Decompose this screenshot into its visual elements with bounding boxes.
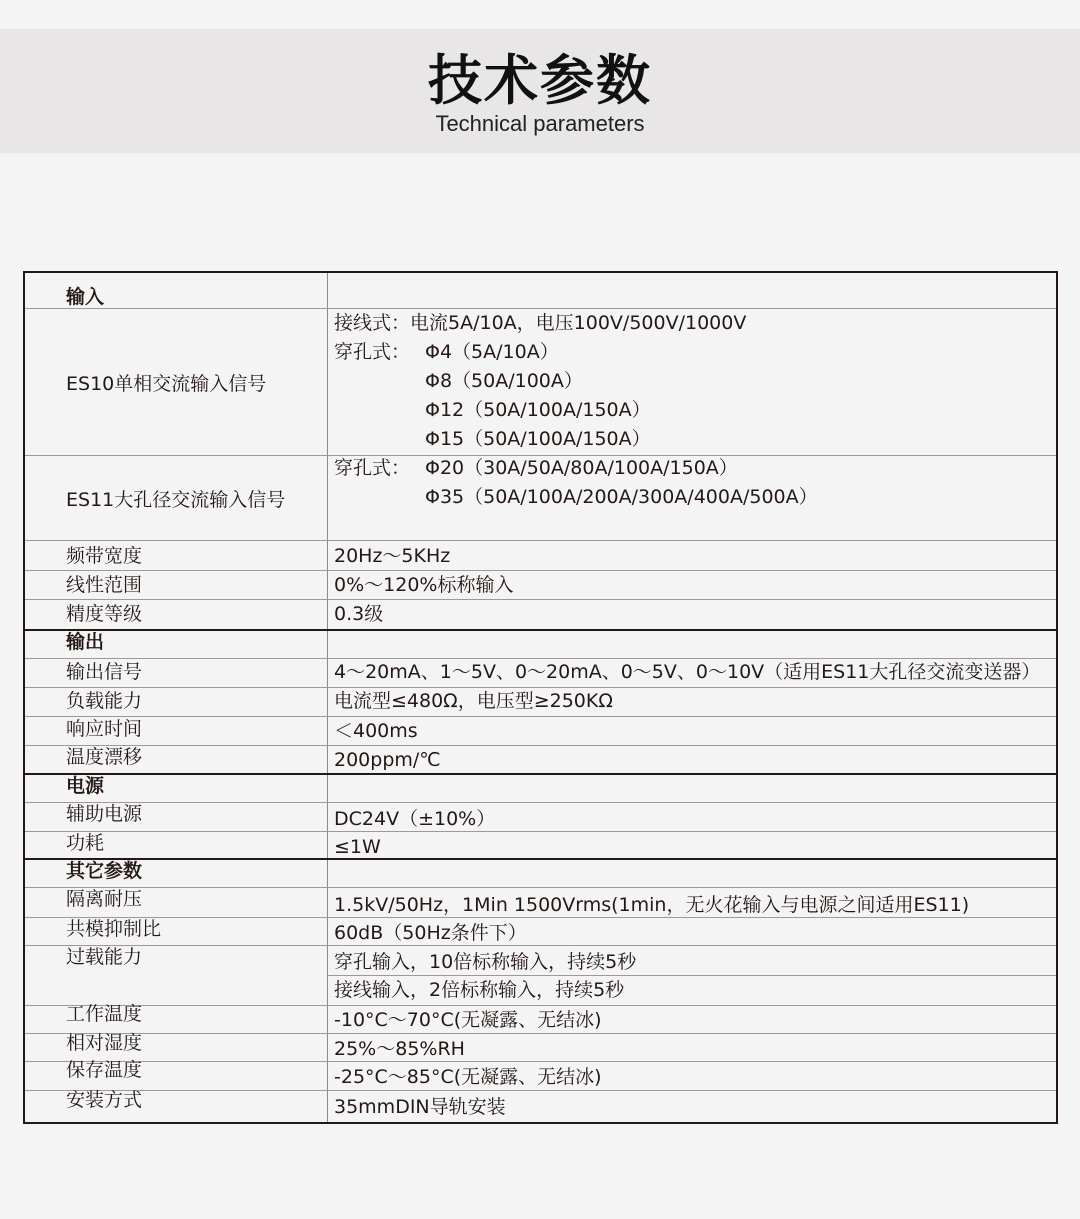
row-key: 辅助电源 xyxy=(66,803,142,825)
row-value: 4～20mA、1～5V、0～20mA、0～5V、0～10V（适用ES11大孔径交… xyxy=(334,661,1040,683)
table-row: 响应时间 ＜400ms xyxy=(25,717,1056,745)
table-row-es11: ES11大孔径交流输入信号 穿孔式： Φ20（30A/50A/80A/100A/… xyxy=(25,456,1056,540)
row-value-line: 穿孔式： xyxy=(334,341,410,363)
table-row-es10: ES10单相交流输入信号 接线式：电流5A/10A，电压100V/500V/10… xyxy=(25,309,1056,455)
row-value: 35mmDIN导轨安装 xyxy=(334,1096,506,1118)
table-row: 隔离耐压 1.5kV/50Hz，1Min 1500Vrms(1min，无火花输入… xyxy=(25,888,1056,917)
row-value-line: Φ15（50A/100A/150A） xyxy=(425,428,651,450)
table-row: 输出信号 4～20mA、1～5V、0～20mA、0～5V、0～10V（适用ES1… xyxy=(25,659,1056,687)
table-row: 频带宽度 20Hz～5KHz xyxy=(25,541,1056,570)
section-label-input: 输入 xyxy=(66,286,104,308)
row-value: 20Hz～5KHz xyxy=(334,545,450,567)
row-key: 输出信号 xyxy=(66,661,142,683)
row-value-line: Φ8（50A/100A） xyxy=(425,370,583,392)
section-label-power: 电源 xyxy=(66,775,104,797)
page-title: 技术参数 xyxy=(0,51,1080,111)
row-value: ＜400ms xyxy=(334,720,418,742)
table-row: 安装方式 35mmDIN导轨安装 xyxy=(25,1091,1056,1122)
row-key: 隔离耐压 xyxy=(66,888,142,910)
technical-parameters-table: 输入 ES10单相交流输入信号 接线式：电流5A/10A，电压100V/500V… xyxy=(23,271,1058,1124)
page-header-banner: 技术参数 Technical parameters xyxy=(0,29,1080,153)
row-key: 频带宽度 xyxy=(66,545,142,567)
table-row: 工作温度 -10°C～70°C(无凝露、无结冰) xyxy=(25,1006,1056,1033)
row-value: 接线输入，2倍标称输入，持续5秒 xyxy=(334,979,624,1001)
row-key: 负载能力 xyxy=(66,690,142,712)
row-value: 穿孔输入，10倍标称输入，持续5秒 xyxy=(334,951,636,973)
row-value: -25°C～85°C(无凝露、无结冰) xyxy=(334,1066,602,1088)
row-key: 工作温度 xyxy=(66,1003,142,1025)
row-key: 安装方式 xyxy=(66,1089,142,1111)
row-key: ES11大孔径交流输入信号 xyxy=(66,489,285,511)
row-key: 精度等级 xyxy=(66,603,142,625)
table-row: 功耗 ≤1W xyxy=(25,832,1056,858)
row-value-line: Φ4（5A/10A） xyxy=(425,341,559,363)
row-value: DC24V（±10%） xyxy=(334,808,495,830)
table-row: 温度漂移 200ppm/℃ xyxy=(25,746,1056,773)
table-row: 保存温度 -25°C～85°C(无凝露、无结冰) xyxy=(25,1062,1056,1090)
section-row-input: 输入 xyxy=(25,273,1056,308)
section-row-other: 其它参数 xyxy=(25,860,1056,887)
row-key: 保存温度 xyxy=(66,1059,142,1081)
table-row: 精度等级 0.3级 xyxy=(25,600,1056,629)
row-value: 电流型≤480Ω，电压型≥250KΩ xyxy=(334,690,613,712)
page-subtitle: Technical parameters xyxy=(0,111,1080,137)
row-key: 过载能力 xyxy=(66,946,142,968)
row-value: 1.5kV/50Hz，1Min 1500Vrms(1min，无火花输入与电源之间… xyxy=(334,894,969,916)
row-value-line: 穿孔式： xyxy=(334,457,410,479)
table-row-overload: 过载能力 穿孔输入，10倍标称输入，持续5秒 接线输入，2倍标称输入，持续5秒 xyxy=(25,946,1056,1005)
row-value-line: Φ35（50A/100A/200A/300A/400A/500A） xyxy=(425,486,818,508)
section-label-output: 输出 xyxy=(66,631,104,653)
row-value: ≤1W xyxy=(334,836,381,858)
row-value-line: Φ12（50A/100A/150A） xyxy=(425,399,651,421)
row-value: 60dB（50Hz条件下） xyxy=(334,922,527,944)
row-key: 响应时间 xyxy=(66,718,142,740)
section-row-output: 输出 xyxy=(25,631,1056,658)
row-key: 温度漂移 xyxy=(66,746,142,768)
sub-row-divider xyxy=(328,975,1056,976)
row-value-line: 接线式：电流5A/10A，电压100V/500V/1000V xyxy=(334,312,746,334)
table-row: 线性范围 0%～120%标称输入 xyxy=(25,571,1056,599)
row-value: 0.3级 xyxy=(334,603,383,625)
section-row-power: 电源 xyxy=(25,775,1056,802)
row-key: 共模抑制比 xyxy=(66,918,161,940)
table-row: 相对湿度 25%～85%RH xyxy=(25,1034,1056,1061)
row-key: 功耗 xyxy=(66,832,104,854)
section-label-other: 其它参数 xyxy=(66,860,142,882)
row-value: -10°C～70°C(无凝露、无结冰) xyxy=(334,1009,602,1031)
table-row: 共模抑制比 60dB（50Hz条件下） xyxy=(25,918,1056,945)
row-value: 0%～120%标称输入 xyxy=(334,574,513,596)
row-value: 25%～85%RH xyxy=(334,1038,465,1060)
table-row: 辅助电源 DC24V（±10%） xyxy=(25,803,1056,831)
row-key: ES10单相交流输入信号 xyxy=(66,373,266,395)
row-key: 线性范围 xyxy=(66,574,142,596)
table-row: 负载能力 电流型≤480Ω，电压型≥250KΩ xyxy=(25,688,1056,716)
row-value: 200ppm/℃ xyxy=(334,749,441,771)
row-key: 相对湿度 xyxy=(66,1032,142,1054)
row-value-line: Φ20（30A/50A/80A/100A/150A） xyxy=(425,457,738,479)
